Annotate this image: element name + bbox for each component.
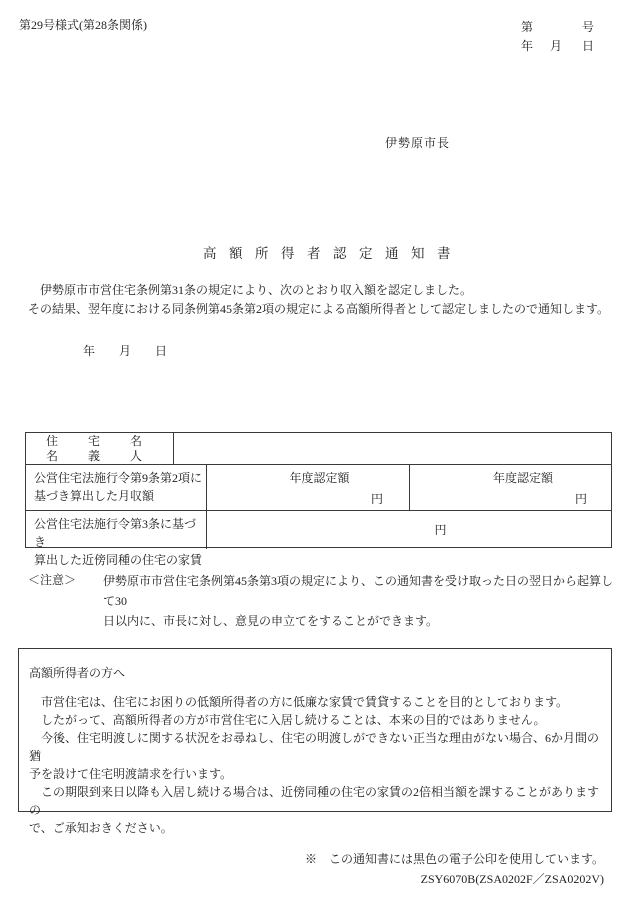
info-box-heading: 高額所得者の方へ — [29, 664, 125, 681]
doc-number-prefix: 第 — [521, 18, 535, 35]
form-code: ZSY6070B(ZSA0202F／ZSA0202V) — [421, 870, 604, 887]
high-income-info-box: 高額所得者の方へ 市営住宅は、住宅にお困りの低額所得者の方に低廉な家賃で賃貸する… — [18, 648, 612, 812]
document-page: { "header": { "form_number": "第29号様式(第28… — [0, 0, 630, 915]
addressee-mayor: 伊勢原市長 — [385, 134, 450, 151]
certification-table: 住 宅 名 名 義 人 公営住宅法施行令第9条第2項に 基づき算出した月収額 年… — [25, 432, 612, 548]
notice-label: ＜注意＞ — [28, 571, 76, 588]
doc-number-suffix: 号 — [582, 18, 596, 35]
housing-name-label: 住 宅 名 名 義 人 — [46, 434, 151, 463]
yen-unit-3: 円 — [434, 521, 446, 538]
header-date-day: 日 — [582, 37, 596, 54]
yen-unit-1: 円 — [206, 489, 409, 510]
yen-unit-2: 円 — [409, 489, 613, 510]
notice-text: 伊勢原市市営住宅条例第45条第3項の規定により、この通知書を受け取った日の翌日か… — [103, 571, 618, 631]
monthly-income-label: 公営住宅法施行令第9条第2項に 基づき算出した月収額 — [34, 469, 204, 505]
nearby-rent-value: 円 — [206, 510, 613, 549]
electronic-seal-note: ※ この通知書には黒色の電子公印を使用しています。 — [305, 850, 604, 867]
annual-certified-amount-label-1: 年度認定額 — [206, 464, 409, 489]
header-date-month: 月 — [550, 37, 564, 54]
annual-certified-amount-label-2: 年度認定額 — [409, 464, 613, 489]
body-paragraph: 伊勢原市市営住宅条例第31条の規定により、次のとおり収入額を認定しました。 その… — [28, 281, 613, 319]
annual-certified-amount-cell-2: 年度認定額 円 — [409, 464, 613, 510]
nearby-rent-label: 公営住宅法施行令第3条に基づき 算出した近傍同種の住宅の家賃 — [34, 515, 204, 569]
document-title: 高額所得者認定通知書 — [203, 242, 463, 262]
info-box-body: 市営住宅は、住宅にお困りの低額所得者の方に低廉な家賃で賃貸することを目的としてお… — [29, 693, 607, 837]
housing-name-value — [174, 433, 612, 464]
header-date-year: 年 — [521, 37, 535, 54]
form-style-number: 第29号様式(第28条関係) — [19, 16, 147, 33]
annual-certified-amount-cell-1: 年度認定額 円 — [206, 464, 409, 510]
issue-date-line: 年 月 日 — [83, 342, 167, 359]
